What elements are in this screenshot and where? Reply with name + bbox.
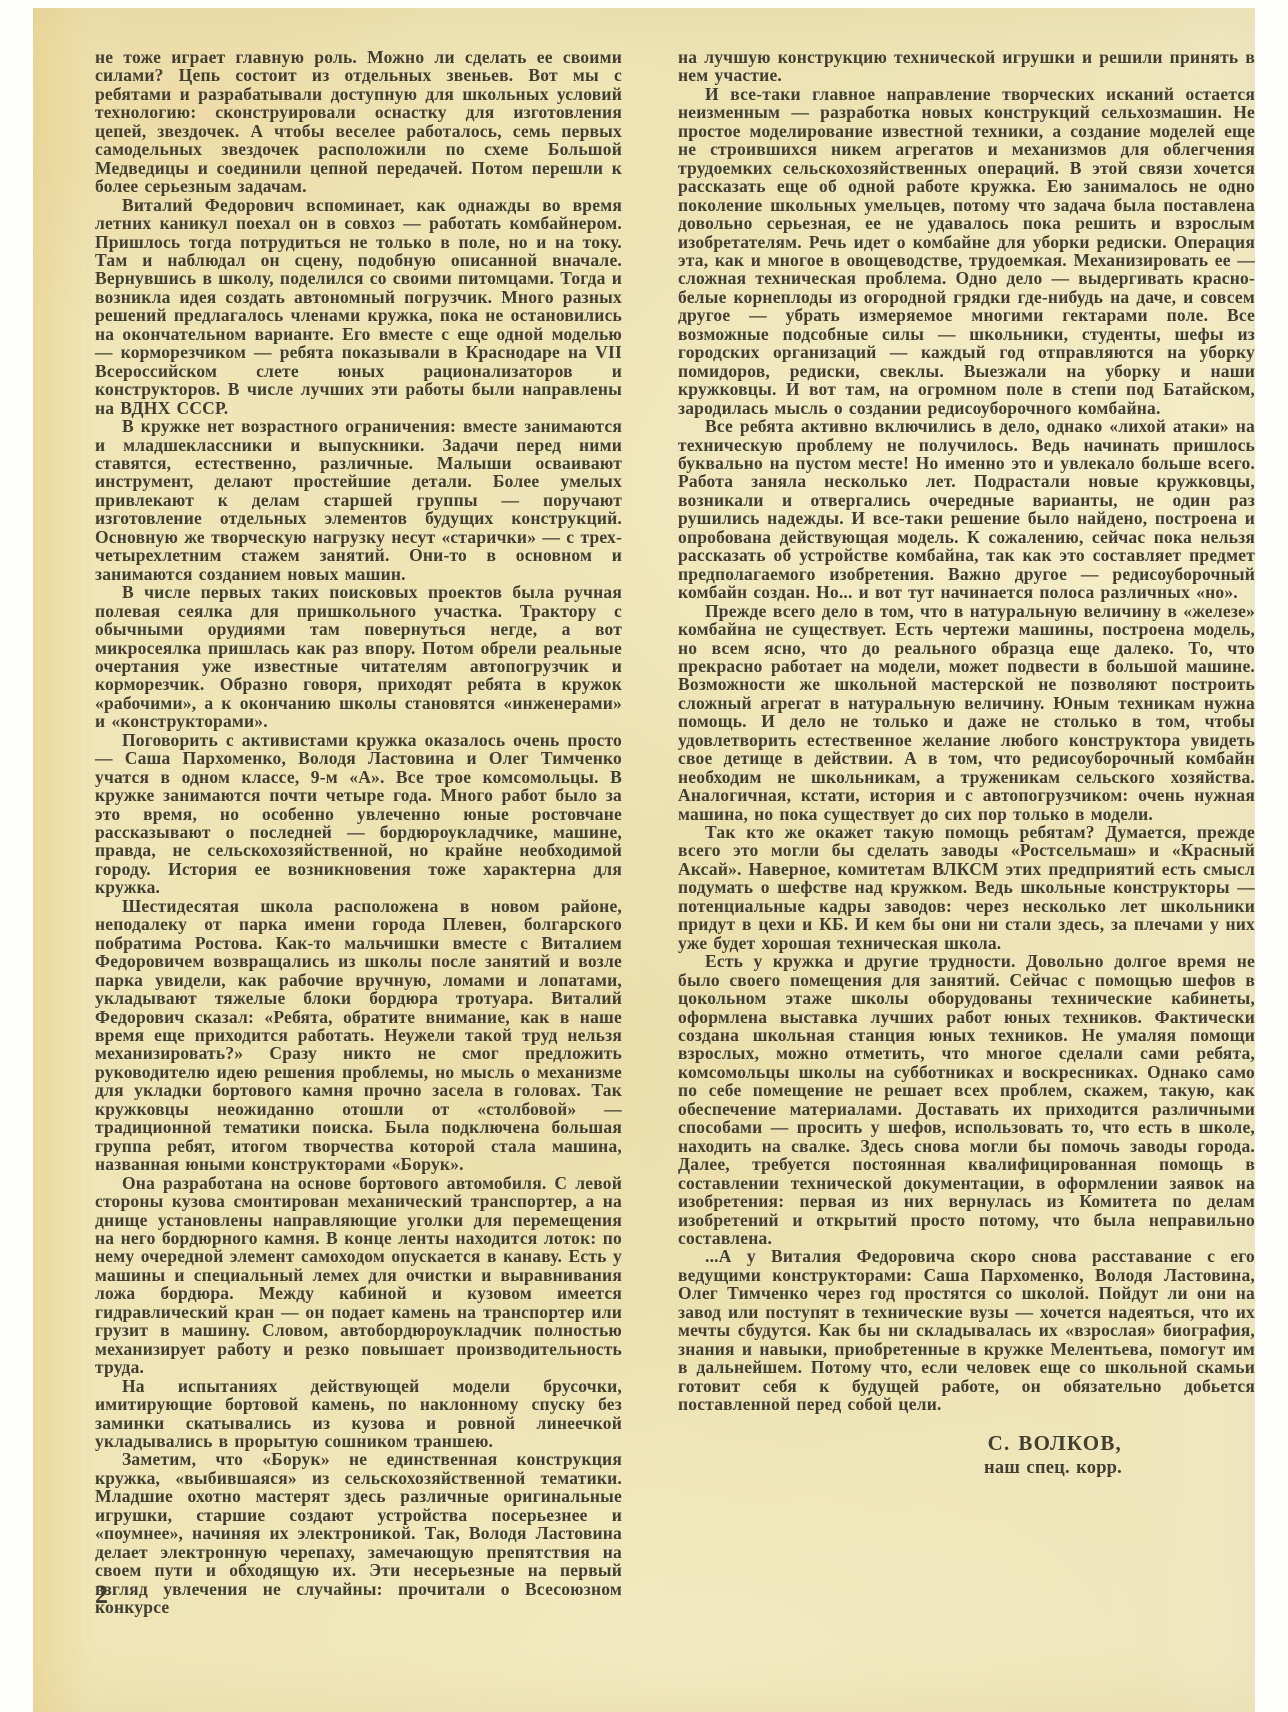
paragraph: ...А у Виталия Федоровича скоро снова ра…	[678, 1247, 1255, 1413]
author-signature: С. ВОЛКОВ, наш спец. корр.	[678, 1430, 1255, 1480]
paragraph: Шестидесятая школа расположена в новом р…	[95, 897, 622, 1174]
paragraph: И все-таки главное направление творчески…	[678, 85, 1255, 417]
paragraph: не тоже играет главную роль. Можно ли сд…	[95, 48, 622, 196]
paragraph: Заметим, что «Борук» не единственная кон…	[95, 1450, 622, 1616]
paragraph: Есть у кружка и другие трудности. Доволь…	[678, 952, 1255, 1247]
left-column: не тоже играет главную роль. Можно ли сд…	[95, 48, 622, 1617]
author-role: наш спец. корр.	[678, 1456, 1122, 1480]
paragraph: В числе первых таких поисковых проектов …	[95, 583, 622, 731]
paragraph: На испытаниях действующей модели брусочк…	[95, 1377, 622, 1451]
paragraph: Так кто же окажет такую помощь ребятам? …	[678, 823, 1255, 952]
right-column: на лучшую конструкцию технической игрушк…	[678, 48, 1255, 1480]
paragraph: Она разработана на основе бортового авто…	[95, 1174, 622, 1377]
paragraph: Виталий Федорович вспоминает, как однажд…	[95, 196, 622, 417]
magazine-page: не тоже играет главную роль. Можно ли сд…	[33, 8, 1255, 1712]
page-number: 2	[95, 1580, 108, 1610]
paragraph: Поговорить с активистами кружка оказалос…	[95, 731, 622, 897]
paragraph: Прежде всего дело в том, что в натуральн…	[678, 602, 1255, 823]
paragraph: В кружке нет возрастного ограничения: вм…	[95, 417, 622, 583]
paragraph: на лучшую конструкцию технической игрушк…	[678, 48, 1255, 85]
author-name: С. ВОЛКОВ,	[678, 1430, 1122, 1456]
paragraph: Все ребята активно включились в дело, од…	[678, 417, 1255, 602]
